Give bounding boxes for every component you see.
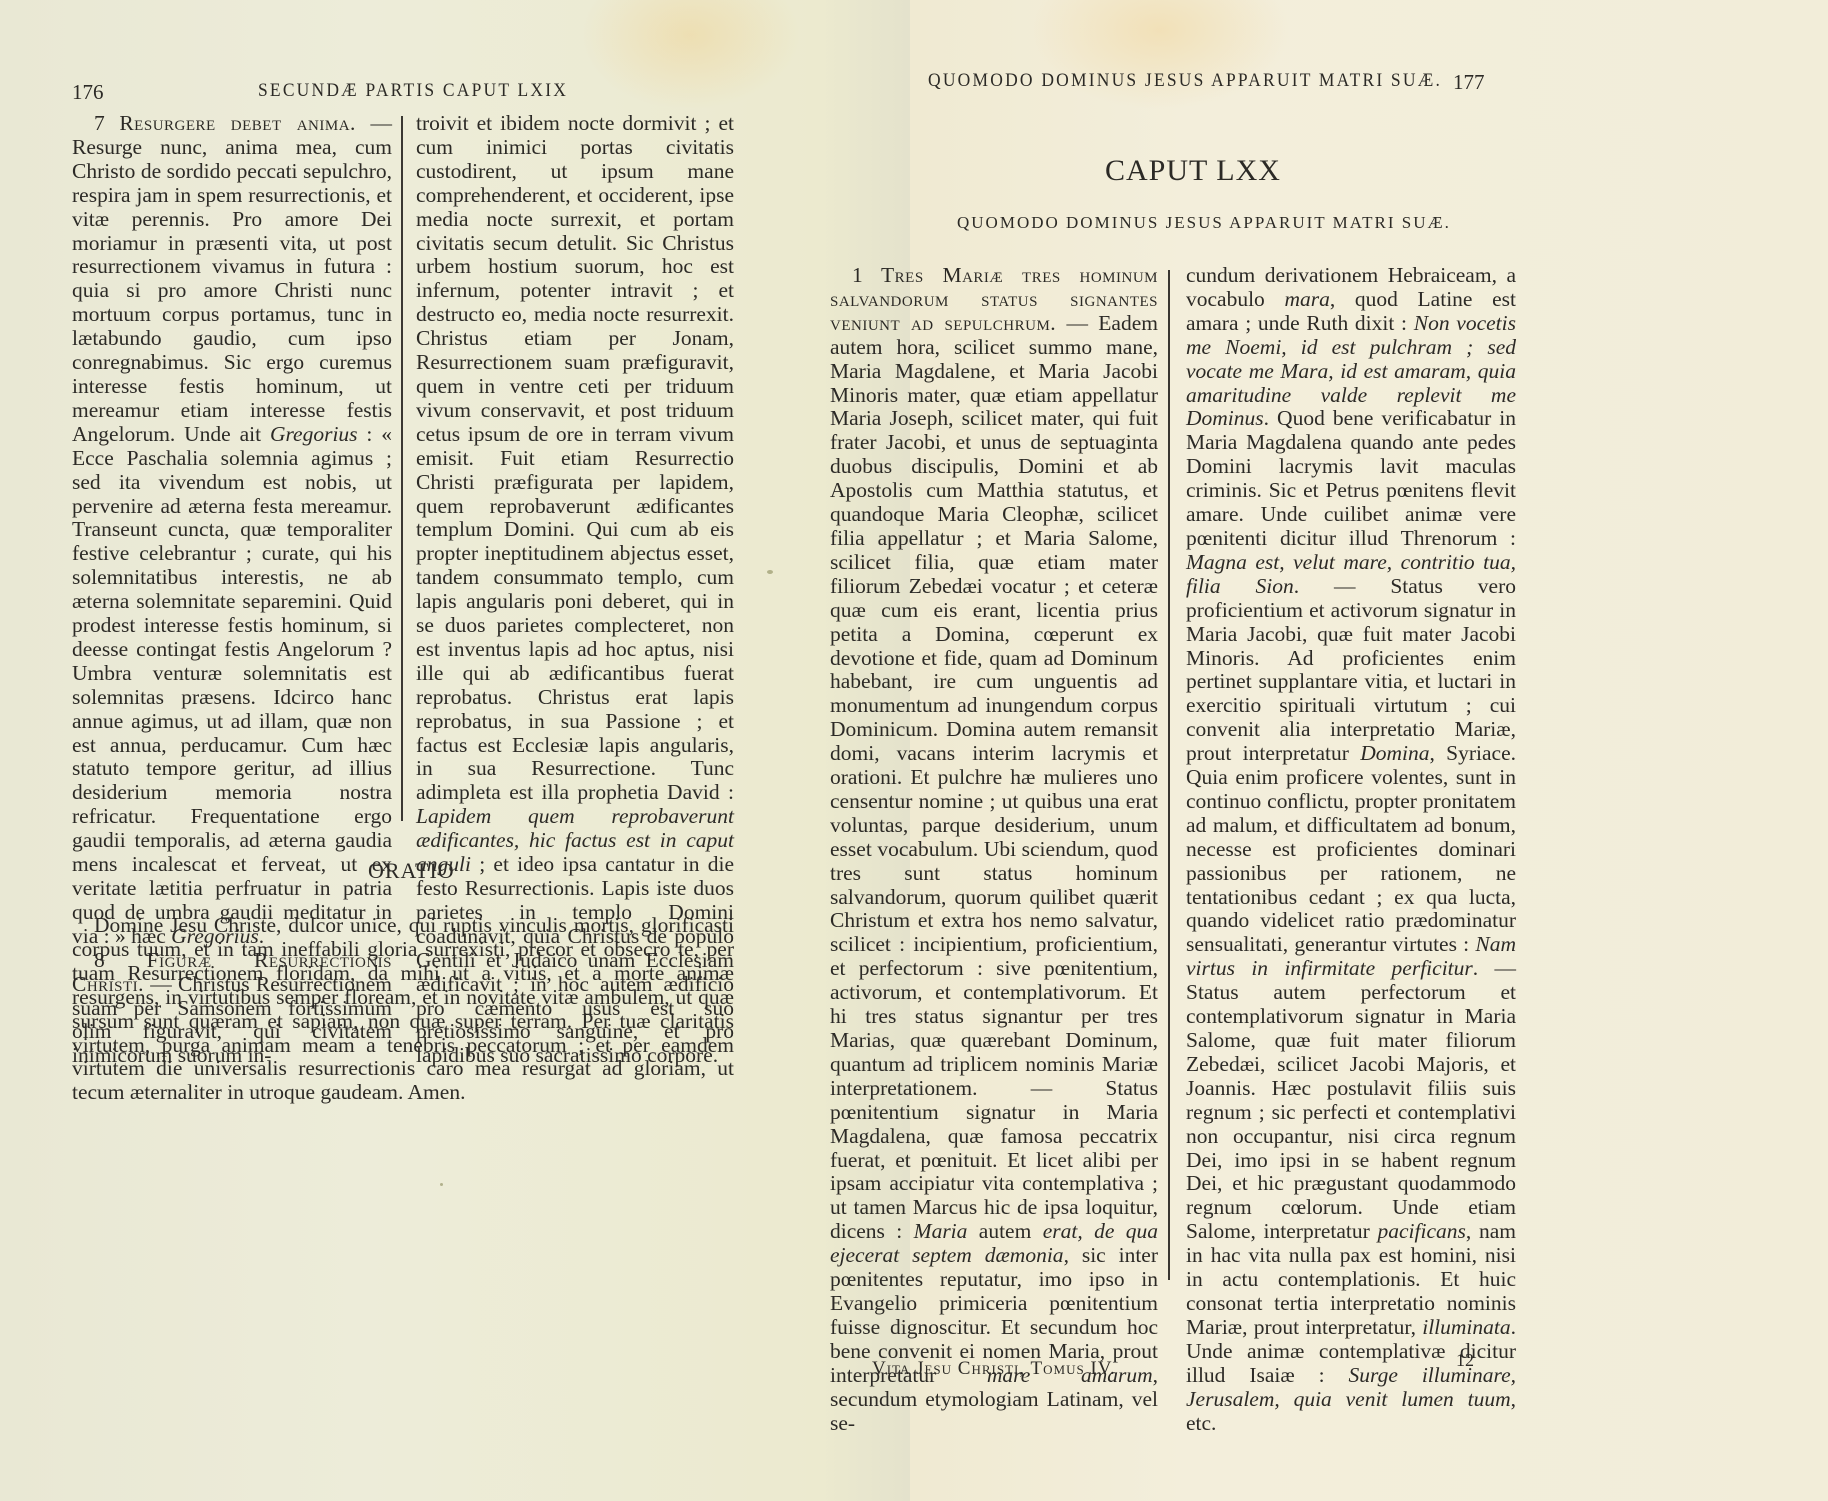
- page-number: 176: [72, 80, 104, 105]
- paragraph-text: : « Ecce Paschalia solemnia agimus ; sed…: [72, 422, 392, 948]
- italic-text: Domina: [1360, 741, 1429, 765]
- italic-text: mara: [1284, 287, 1329, 311]
- running-head: SECUNDÆ PARTIS CAPUT LXIX: [258, 80, 568, 102]
- paper-stain: [1030, 0, 1290, 110]
- paragraph-text: — Eadem autem hora, scilicet summo mane,…: [830, 311, 1158, 1243]
- right-page-column-2: cundum derivationem Hebraiceam, a vocabu…: [1186, 264, 1516, 1435]
- paragraph-section-7: 7 Resurgere debet anima. — Resurge nunc,…: [72, 112, 392, 949]
- oratio-heading: ORATIO: [368, 858, 455, 884]
- paragraph-text: . — Status vero proficientium et activor…: [1186, 574, 1516, 765]
- section-heading: Resurgere debet anima.: [119, 111, 356, 135]
- chapter-subtitle: QUOMODO DOMINUS JESUS APPARUIT MATRI SUÆ…: [957, 213, 1451, 233]
- section-number: 1: [852, 263, 863, 287]
- paragraph-continued: cundum derivationem Hebraiceam, a vocabu…: [1186, 264, 1516, 1435]
- italic-text: Maria: [914, 1219, 968, 1243]
- paragraph-text: . — Status autem perfectorum et contempl…: [1186, 956, 1516, 1243]
- page-number: 177: [1453, 70, 1485, 95]
- italic-text: pacificans: [1378, 1219, 1466, 1243]
- right-page-column-1: 1 Tres Mariæ tres hominum salvandorum st…: [830, 264, 1158, 1435]
- prayer-text: Domine Jesu Christe, dulcor unice, qui r…: [72, 914, 734, 1105]
- paper-speck: [440, 1183, 443, 1186]
- paragraph-text: , Syriace. Quia enim proficere volentes,…: [1186, 741, 1516, 956]
- right-page: QUOMODO DOMINUS JESUS APPARUIT MATRI SUÆ…: [910, 0, 1828, 1501]
- oratio-prayer: Domine Jesu Christe, dulcor unice, qui r…: [72, 914, 734, 1105]
- paragraph-section-1: 1 Tres Mariæ tres hominum salvandorum st…: [830, 264, 1158, 1435]
- italic-text: illuminata: [1422, 1315, 1510, 1339]
- signature-number: 12: [1456, 1350, 1474, 1371]
- paragraph-text: troivit et ibidem nocte dormivit ; et cu…: [416, 111, 734, 804]
- column-divider: [1168, 270, 1170, 1280]
- section-number: 7: [94, 111, 105, 135]
- left-page: 176 SECUNDÆ PARTIS CAPUT LXIX 7 Resurger…: [0, 0, 910, 1501]
- running-head: QUOMODO DOMINUS JESUS APPARUIT MATRI SUÆ…: [928, 70, 1442, 92]
- paper-speck: [767, 570, 773, 574]
- column-divider: [401, 116, 403, 821]
- paper-stain: [580, 0, 800, 110]
- footer-signature: Vita Jesu Christi, Tomus IV.: [872, 1358, 1116, 1380]
- chapter-title: CAPUT LXX: [1105, 154, 1281, 188]
- paragraph-text: — Resurge nunc, anima mea, cum Christo d…: [72, 111, 392, 446]
- paragraph-text: autem: [967, 1219, 1042, 1243]
- italic-name: Gregorius: [270, 422, 358, 446]
